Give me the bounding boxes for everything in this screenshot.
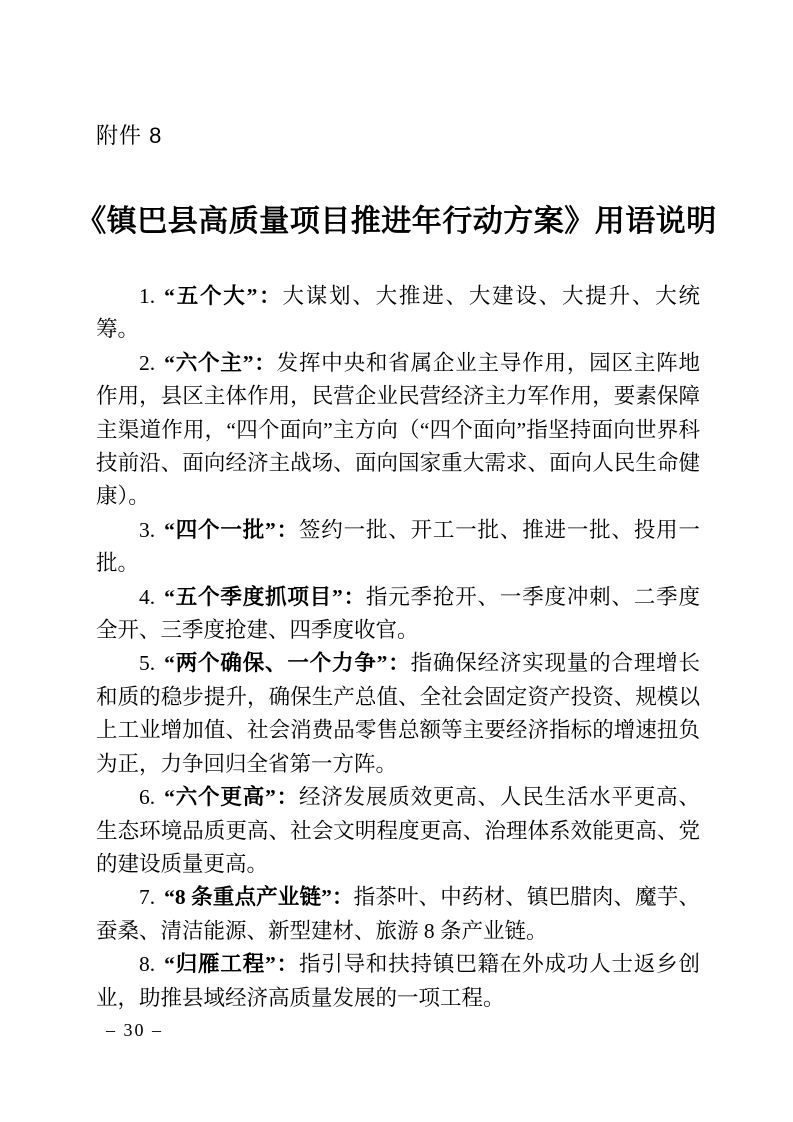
paragraph: 1.“五个大”：大谋划、大推进、大建设、大提升、大统筹。 [96,280,700,347]
item-number: 5. [139,651,155,675]
page-number: – 30 – [106,1020,163,1041]
term-label: “五个季度抓项目”： [164,585,366,609]
term-label: “归雁工程”： [164,952,299,976]
term-label: “六个更高”： [164,785,299,809]
paragraph: 5.“两个确保、一个力争”：指确保经济实现量的合理增长和质的稳步提升，确保生产总… [96,647,700,781]
term-label: “两个确保、一个力争”： [164,651,410,675]
paragraph: 7.“8 条重点产业链”：指茶叶、中药材、镇巴腊肉、魔芋、蚕桑、清洁能源、新型建… [96,881,700,948]
item-number: 3. [139,518,155,542]
item-number: 2. [139,351,155,375]
item-number: 1. [139,284,155,308]
document-body: 1.“五个大”：大谋划、大推进、大建设、大提升、大统筹。 2.“六个主”：发挥中… [96,280,700,1015]
item-number: 4. [139,585,155,609]
paragraph: 3.“四个一批”：签约一批、开工一批、推进一批、投用一批。 [96,514,700,581]
attachment-label: 附件 8 [96,119,162,150]
term-label: “五个大”： [164,284,282,308]
item-number: 8. [139,952,155,976]
paragraph: 6.“六个更高”：经济发展质效更高、人民生活水平更高、生态环境品质更高、社会文明… [96,781,700,881]
paragraph: 8.“归雁工程”：指引导和扶持镇巴籍在外成功人士返乡创业，助推县域经济高质量发展… [96,948,700,1015]
paragraph: 2.“六个主”：发挥中央和省属企业主导作用，园区主阵地作用，县区主体作用，民营企… [96,347,700,514]
paragraph: 4.“五个季度抓项目”：指元季抢开、一季度冲刺、二季度全开、三季度抢建、四季度收… [96,581,700,648]
term-label: “8 条重点产业链”： [164,885,354,909]
term-label: “四个一批”： [164,518,299,542]
page-title: 《镇巴县高质量项目推进年行动方案》用语说明 [0,196,793,240]
item-number: 7. [139,885,155,909]
term-label: “六个主”： [164,351,276,375]
item-number: 6. [139,785,155,809]
document-page: 附件 8 《镇巴县高质量项目推进年行动方案》用语说明 1.“五个大”：大谋划、大… [0,0,793,1122]
